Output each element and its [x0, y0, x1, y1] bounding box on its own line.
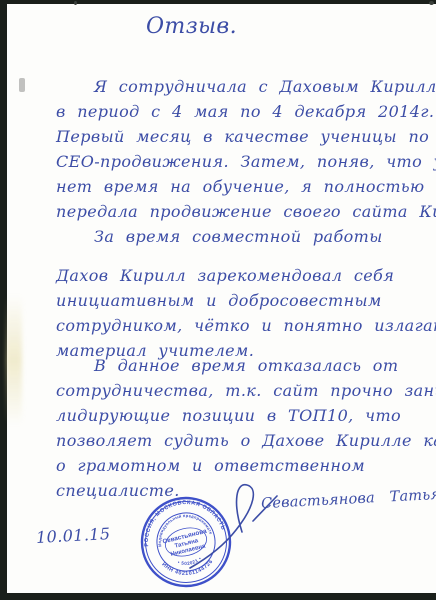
body-line: сотрудником, чётко и понятно излагающим [56, 313, 431, 338]
body-line: За время совместной работы [56, 224, 431, 249]
body-line: Дахов Кирилл зарекомендовал себя [56, 263, 431, 288]
body-line: передала продвижение своего сайта Кирилл… [56, 199, 431, 224]
date-label: 10.01.15 [36, 524, 111, 547]
body-line: в период с 4 мая по 4 декабря 2014г. [56, 99, 431, 124]
body-line: сотрудничества, т.к. сайт прочно занимае… [56, 378, 431, 403]
scan-speck [19, 78, 25, 92]
body-line: инициативным и добросовестным [56, 288, 431, 313]
scan-speck [74, 1, 77, 5]
body-line: СЕО-продвижения. Затем, поняв, что у мен… [56, 149, 431, 174]
body-line: нет время на обучение, я полностью [56, 174, 431, 199]
scan-border-top [0, 0, 436, 4]
review-body: Я сотрудничала с Даховым Кириллом в пери… [56, 74, 431, 503]
signature-stroke [130, 470, 300, 600]
scanned-review-document: Отзыв. Я сотрудничала с Даховым Кириллом… [0, 0, 436, 600]
review-title: Отзыв. [146, 14, 237, 39]
body-line: Я сотрудничала с Даховым Кириллом [56, 74, 431, 99]
paper-smudge [6, 295, 22, 425]
body-line: В данное время отказалась от [56, 353, 431, 378]
body-line: позволяет судить о Дахове Кирилле как [56, 428, 431, 453]
scan-speck [429, 1, 434, 5]
body-line: Первый месяц в качестве ученицы по курсу [56, 124, 431, 149]
body-line: лидирующие позиции в ТОП10, что [56, 403, 431, 428]
